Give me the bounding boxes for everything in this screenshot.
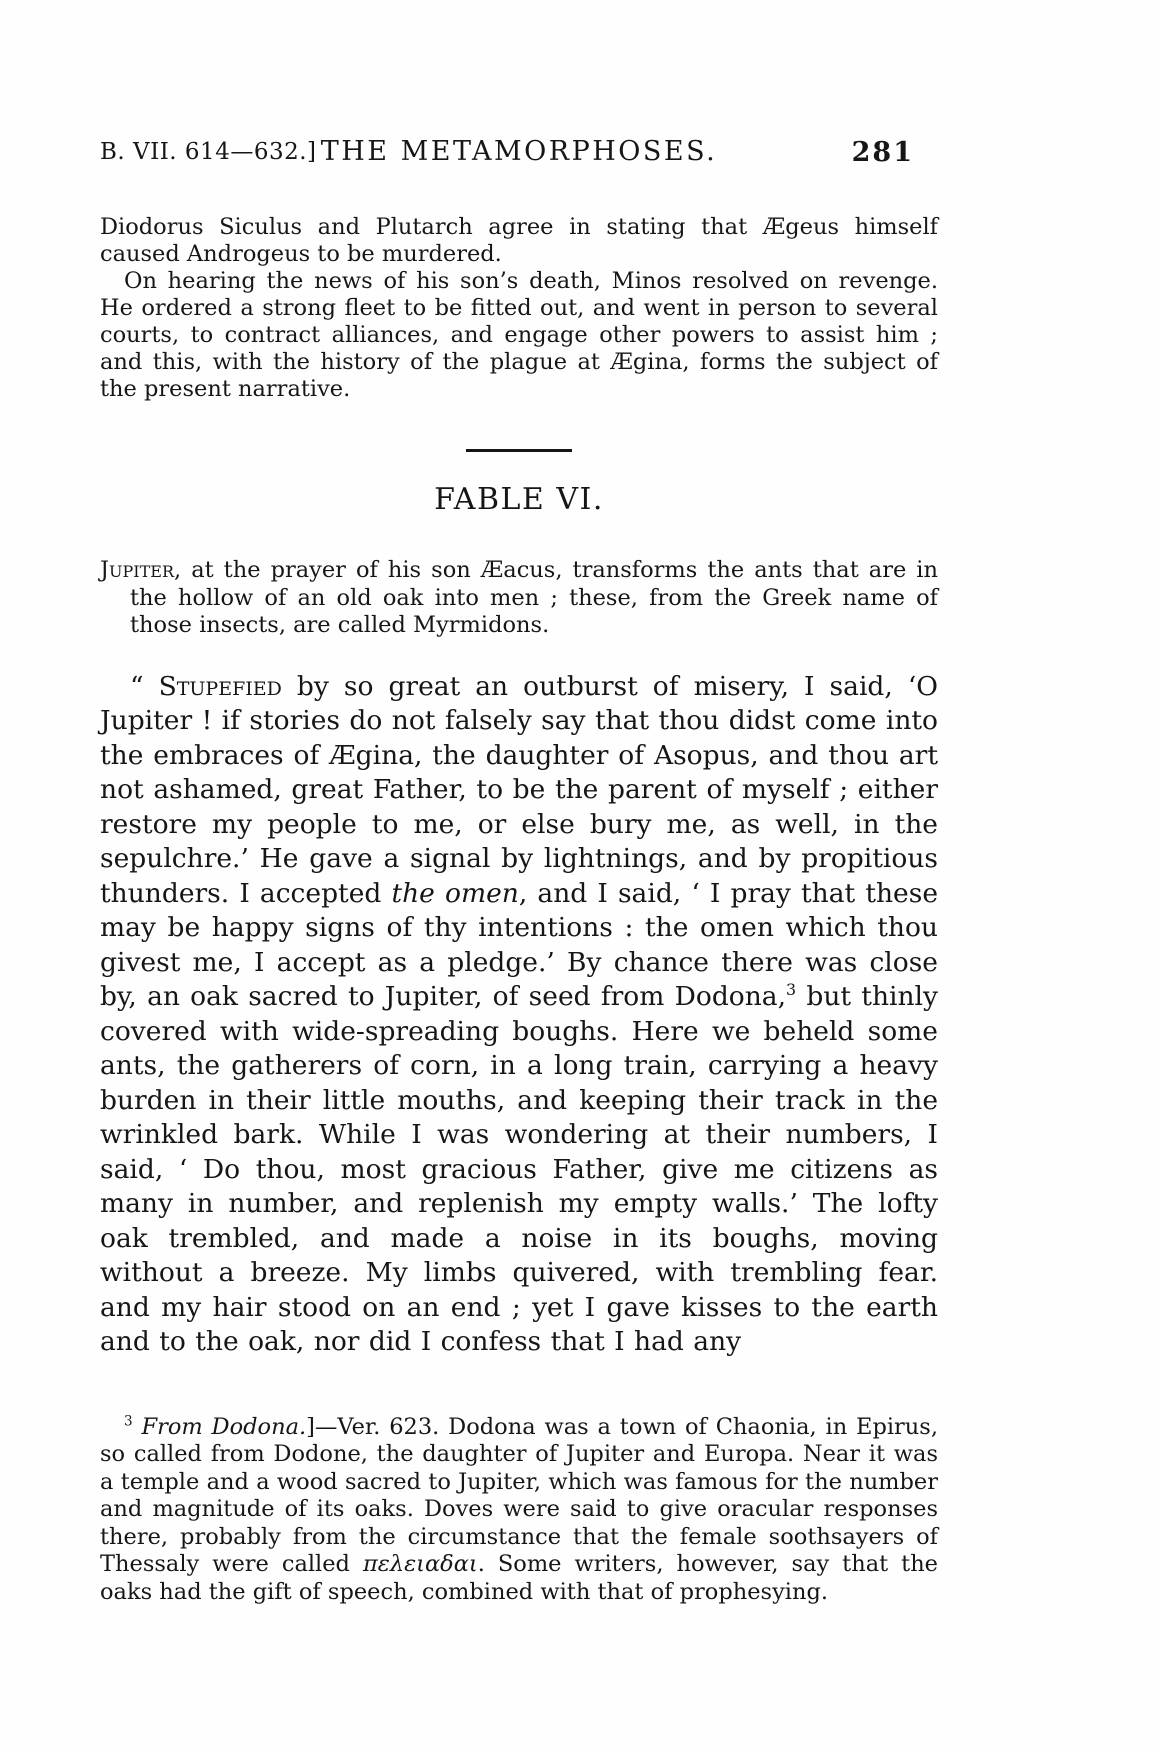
introductory-note: Diodorus Siculus and Plutarch agree in s… — [100, 214, 938, 403]
book-page: B. VII. 614—632.] THE METAMORPHOSES. 281… — [0, 0, 1157, 1750]
intro-paragraph-2: On hearing the news of his son’s death, … — [100, 268, 938, 403]
fable-heading: FABLE VI. — [100, 482, 938, 517]
text-segment: “ — [130, 671, 159, 702]
fable-synopsis: Jupiter, at the prayer of his son Æacus,… — [100, 557, 938, 640]
running-title: THE METAMORPHOSES. — [321, 136, 718, 167]
intro-paragraph-1: Diodorus Siculus and Plutarch agree in s… — [100, 214, 938, 268]
text-segment: 3 — [124, 1413, 133, 1429]
page-number: 281 — [852, 137, 914, 168]
text-segment: , at the prayer of his son Æacus, transf… — [130, 557, 938, 638]
footnote-text: 3 From Dodona.]—Ver. 623. Dodona was a t… — [100, 1414, 938, 1607]
page-header: B. VII. 614—632.] THE METAMORPHOSES. 281 — [100, 136, 938, 172]
text-segment: Stupefied — [159, 671, 282, 702]
text-block: B. VII. 614—632.] THE METAMORPHOSES. 281… — [100, 136, 938, 1606]
section-divider-rule — [466, 449, 572, 452]
footnote-block: 3 From Dodona.]—Ver. 623. Dodona was a t… — [100, 1414, 938, 1607]
fable-body-text: “ Stupefied by so great an outburst of m… — [100, 670, 938, 1360]
text-segment: 3 — [786, 980, 796, 999]
text-segment: the omen — [391, 878, 518, 909]
text-segment: by so great an outburst of misery, I sai… — [100, 671, 938, 909]
text-segment: but thinly covered with wide-spreading b… — [100, 981, 938, 1357]
text-segment: From Dodona. — [141, 1414, 306, 1440]
text-segment: Jupiter — [100, 557, 174, 583]
book-line-reference: B. VII. 614—632.] — [100, 139, 317, 165]
text-segment: πελειαδαι — [363, 1551, 478, 1577]
